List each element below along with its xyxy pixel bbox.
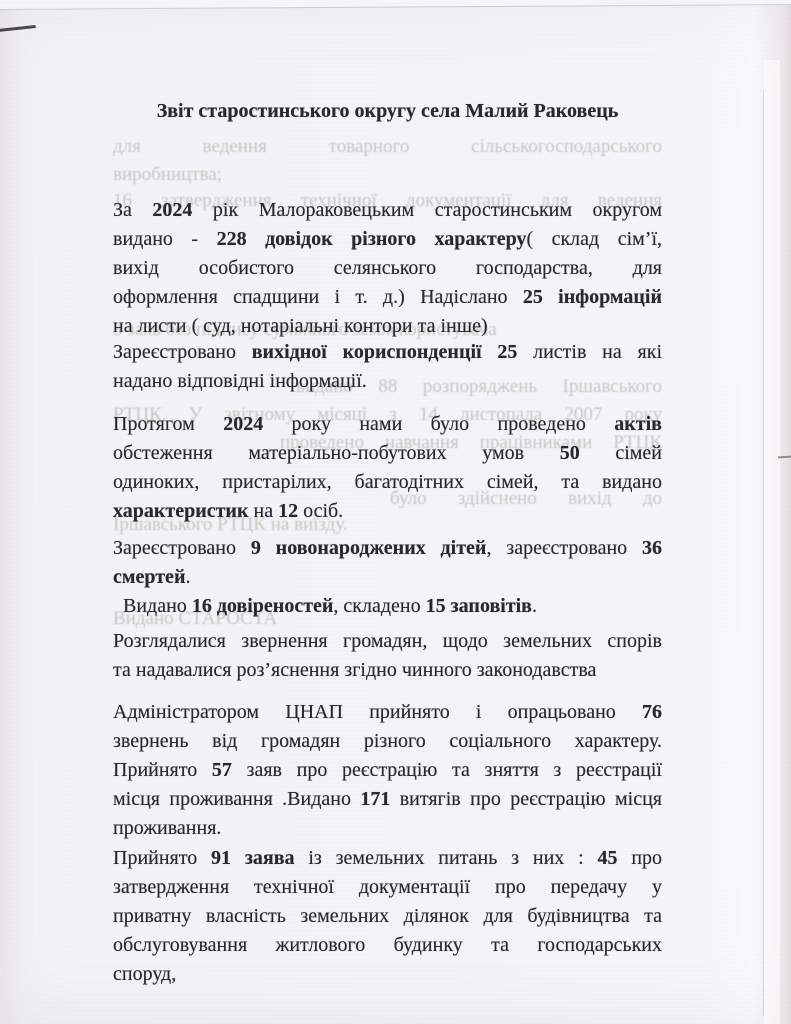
- bold-text: 12: [278, 500, 298, 522]
- text-line: проживання.: [113, 814, 662, 843]
- text-line: місця проживання .Видано 171 витягів про…: [113, 785, 662, 814]
- text-line: Прийнято 57 заяв про реєстрацію та знятт…: [113, 756, 662, 785]
- plain-text: , складено: [333, 595, 425, 617]
- text-line: споруд,: [113, 960, 662, 989]
- text-line: Адміністратором ЦНАП прийнято і опрацьов…: [113, 698, 662, 727]
- plain-text: на листи ( суд, нотаріальні контори та і…: [113, 315, 488, 337]
- plain-text: одиноких, пристарілих, багатодітних сіме…: [113, 471, 662, 493]
- text-line: одиноких, пристарілих, багатодітних сіме…: [113, 468, 662, 497]
- plain-text: заяв про реєстрацію та зняття з реєстрац…: [232, 759, 662, 781]
- plain-text: обстеження матеріально-побутових умов: [113, 442, 560, 464]
- text-line: вихід особистого селянського господарств…: [113, 254, 662, 283]
- plain-text: оформлення спадщини і т. д.) Надіслано: [113, 286, 523, 308]
- plain-text: на: [248, 500, 278, 522]
- bold-text: 50: [560, 442, 580, 464]
- text-line: затвердження технічної документації про …: [113, 873, 662, 902]
- bold-text: 57: [212, 759, 232, 781]
- plain-text: Розглядалися звернення громадян, щодо зе…: [113, 630, 662, 652]
- bold-text: заява: [245, 847, 295, 869]
- plain-text: ( склад сім’ї,: [526, 228, 662, 250]
- scanned-page: для ведення товарного сільськогосподарсь…: [0, 0, 791, 1024]
- bold-text: 228: [217, 228, 247, 250]
- plain-text: про: [618, 847, 663, 869]
- plain-text: сімей: [580, 442, 662, 464]
- bold-text: 45: [598, 847, 618, 869]
- bold-text: 2024: [152, 199, 192, 221]
- text-line: обслуговування житлового будинку та госп…: [113, 931, 662, 960]
- plain-text: вихід особистого селянського господарств…: [113, 257, 662, 279]
- plain-text: Зареєстровано: [113, 537, 251, 559]
- text-line: Зареєстровано вихідної кориспонденції 25…: [113, 338, 662, 367]
- text-line: оформлення спадщини і т. д.) Надіслано 2…: [113, 283, 662, 312]
- plain-text: Видано: [123, 595, 192, 617]
- text-line: Розглядалися звернення громадян, щодо зе…: [113, 627, 662, 656]
- bold-text: вихідної кориспонденції: [252, 341, 482, 363]
- bold-text: смертей: [113, 566, 185, 588]
- report-title: Звіт старостинського округу села Малий Р…: [113, 97, 662, 125]
- plain-text: .: [532, 595, 537, 617]
- text-line: Прийнято 91 заява із земельних питань з …: [113, 844, 662, 873]
- bold-text: 171: [360, 788, 390, 810]
- text-line: характеристик на 12 осіб.: [113, 497, 662, 526]
- plain-text: споруд,: [113, 963, 176, 985]
- bold-text: 25 інформацій: [523, 286, 662, 308]
- plain-text: , зареєстровано: [486, 537, 642, 559]
- plain-text: та надавалися роз’яснення згідно чинного…: [113, 659, 596, 681]
- text-line: видано - 228 довідок різного характеру( …: [113, 225, 662, 254]
- plain-text: рік Малораковецьким старостинським округ…: [192, 199, 662, 221]
- paragraph: Адміністратором ЦНАП прийнято і опрацьов…: [113, 698, 662, 843]
- plain-text: осіб.: [298, 500, 343, 522]
- plain-text: звернень від громадян різного соціальног…: [113, 730, 662, 752]
- paragraph: Прийнято 91 заява із земельних питань з …: [113, 844, 662, 989]
- paragraph: Зареєстровано 9 новонароджених дітей, за…: [113, 534, 662, 621]
- bold-text: 9 новонароджених дітей: [251, 537, 487, 559]
- plain-text: видано -: [113, 228, 217, 250]
- text-line: на листи ( суд, нотаріальні контори та і…: [113, 312, 662, 341]
- bold-text: довідок різного характеру: [265, 228, 526, 250]
- bold-text: 15 заповітів: [426, 595, 532, 617]
- bold-text: актів: [614, 413, 662, 435]
- plain-text: приватну власність земельних ділянок для…: [113, 905, 662, 927]
- plain-text: [482, 341, 498, 363]
- text-line: та надавалися роз’яснення згідно чинного…: [113, 656, 662, 685]
- text-line: За 2024 рік Малораковецьким старостинськ…: [113, 196, 662, 225]
- text-line: звернень від громадян різного соціальног…: [113, 727, 662, 756]
- plain-text: Протягом: [113, 413, 223, 435]
- plain-text: року нами було проведено: [263, 413, 614, 435]
- plain-text: [247, 228, 266, 250]
- plain-text: Адміністратором ЦНАП прийнято і опрацьов…: [113, 701, 642, 723]
- text-line: Видано 16 довіреностей, складено 15 запо…: [113, 592, 662, 621]
- plain-text: надано відповідні інформації.: [113, 370, 367, 392]
- bold-text: 91: [211, 847, 231, 869]
- text-line: надано відповідні інформації.: [113, 367, 662, 396]
- paragraph: Протягом 2024 року нами було проведено а…: [113, 410, 662, 526]
- plain-text: листів на які: [517, 341, 662, 363]
- bold-text: 16 довіреностей: [192, 595, 334, 617]
- plain-text: затвердження технічної документації про …: [113, 876, 662, 898]
- report-text-layer: Звіт старостинського округу села Малий Р…: [0, 0, 791, 1024]
- plain-text: [231, 847, 245, 869]
- text-line: приватну власність земельних ділянок для…: [113, 902, 662, 931]
- plain-text: місця проживання .Видано: [113, 788, 360, 810]
- text-line: Протягом 2024 року нами було проведено а…: [113, 410, 662, 439]
- bold-text: характеристик: [113, 500, 248, 522]
- text-line: обстеження матеріально-побутових умов 50…: [113, 439, 662, 468]
- bold-text: 36: [642, 537, 662, 559]
- bold-text: 2024: [223, 413, 263, 435]
- plain-text: Зареєстровано: [113, 341, 252, 363]
- paragraph: За 2024 рік Малораковецьким старостинськ…: [113, 196, 662, 341]
- plain-text: .: [185, 566, 190, 588]
- plain-text: обслуговування житлового будинку та госп…: [113, 934, 662, 956]
- text-line: Зареєстровано 9 новонароджених дітей, за…: [113, 534, 662, 563]
- bold-text: 25: [497, 341, 517, 363]
- paragraph: Зареєстровано вихідної кориспонденції 25…: [113, 338, 662, 396]
- plain-text: За: [113, 199, 152, 221]
- plain-text: проживання.: [113, 817, 221, 839]
- plain-text: Прийнято: [113, 847, 211, 869]
- text-line: смертей.: [113, 563, 662, 592]
- plain-text: Прийнято: [113, 759, 212, 781]
- plain-text: витягів про реєстрацію місця: [390, 788, 662, 810]
- plain-text: із земельних питань з них :: [295, 847, 598, 869]
- bold-text: 76: [642, 701, 662, 723]
- paragraph: Розглядалися звернення громадян, щодо зе…: [113, 627, 662, 685]
